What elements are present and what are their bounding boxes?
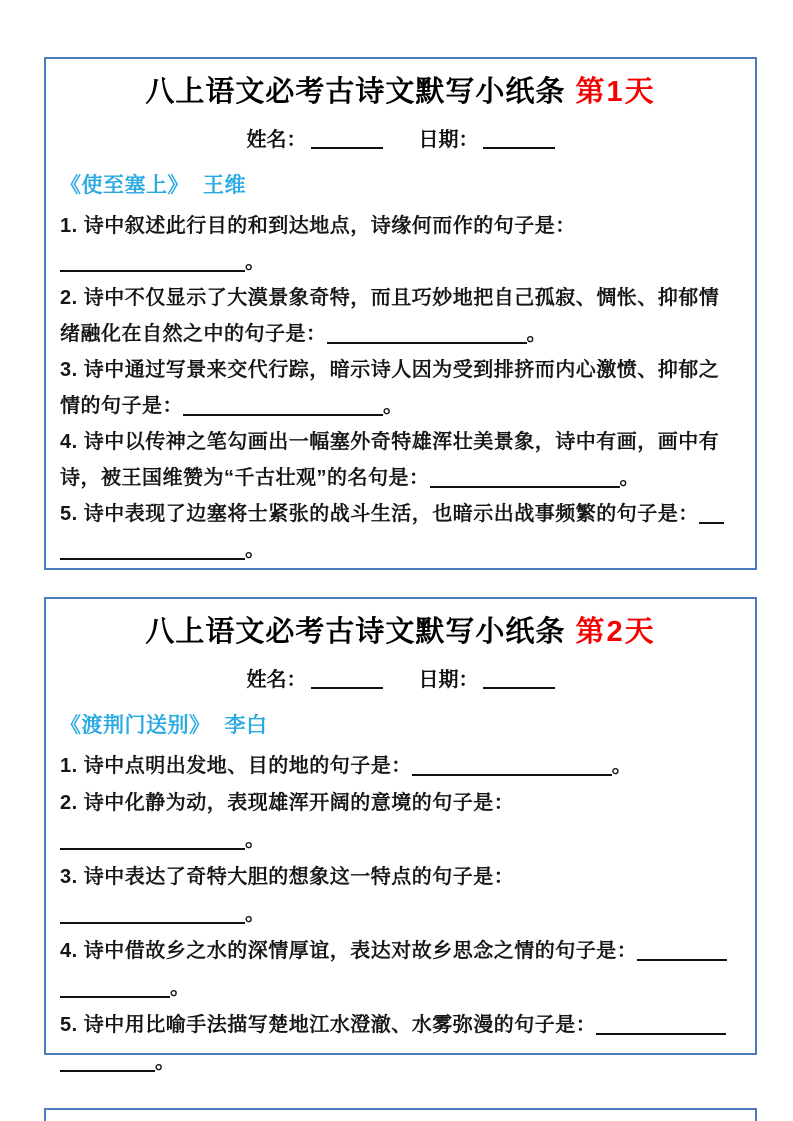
question-text: 。 [245, 251, 266, 273]
poem-title: 《渡荆门送别》 [60, 714, 211, 737]
question: 2. 诗中化静为动，表现雄浑开阔的意境的句子是：。 [60, 785, 741, 859]
question-text: 4. 诗中以传神之笔勾画出一幅塞外奇特雄浑壮美景象，诗中有画，画中有 [60, 431, 719, 453]
date-label: 日期： [419, 669, 479, 691]
name-date-row: 姓名：日期： [60, 663, 741, 692]
questions-list: 1. 诗中叙述此行目的和到达地点，诗缘何而作的句子是：。2. 诗中不仅显示了大漠… [60, 208, 741, 568]
question-text: 1. 诗中叙述此行目的和到达地点，诗缘何而作的句子是： [60, 215, 576, 237]
card-title-day: 第1天 [575, 76, 655, 108]
question-line: 1. 诗中叙述此行目的和到达地点，诗缘何而作的句子是： [60, 208, 741, 244]
question-text: 4. 诗中借故乡之水的深情厚谊，表达对故乡思念之情的句子是： [60, 940, 637, 962]
question-line: 。 [60, 532, 741, 568]
question: 1. 诗中点明出发地、目的地的句子是：。 [60, 748, 741, 785]
question-line: 5. 诗中用比喻手法描写楚地江水澄澈、水雾弥漫的句子是： [60, 1007, 741, 1044]
answer-blank [60, 904, 245, 924]
question-text: 5. 诗中表现了边塞将士紧张的战斗生活，也暗示出战事频繁的句子是： [60, 503, 699, 525]
question-line: 。 [60, 970, 741, 1007]
question-line: 。 [60, 244, 741, 280]
question-line: 3. 诗中表达了奇特大胆的想象这一特点的句子是： [60, 859, 741, 896]
question-text: 。 [155, 1051, 176, 1073]
question-line: 绪融化在自然之中的句子是：。 [60, 316, 741, 352]
poem-title-line: 《使至塞上》王维 [60, 169, 741, 199]
poem-author: 李白 [225, 714, 268, 737]
question: 3. 诗中表达了奇特大胆的想象这一特点的句子是：。 [60, 859, 741, 933]
question-text: 2. 诗中不仅显示了大漠景象奇特，而且巧妙地把自己孤寂、惆怅、抑郁情 [60, 287, 719, 309]
answer-blank [430, 468, 620, 488]
name-blank [311, 129, 383, 149]
cards-container: 八上语文必考古诗文默写小纸条第1天姓名：日期：《使至塞上》王维1. 诗中叙述此行… [44, 57, 757, 1055]
answer-blank [699, 504, 724, 524]
question-text: 。 [245, 829, 266, 851]
question: 2. 诗中不仅显示了大漠景象奇特，而且巧妙地把自己孤寂、惆怅、抑郁情绪融化在自然… [60, 280, 741, 352]
next-card-partial-border [44, 1108, 757, 1121]
question-text: 。 [620, 467, 641, 489]
question-line: 4. 诗中以传神之笔勾画出一幅塞外奇特雄浑壮美景象，诗中有画，画中有 [60, 424, 741, 460]
question-text: 3. 诗中表达了奇特大胆的想象这一特点的句子是： [60, 866, 514, 888]
question-line: 2. 诗中不仅显示了大漠景象奇特，而且巧妙地把自己孤寂、惆怅、抑郁情 [60, 280, 741, 316]
answer-blank [60, 1052, 155, 1072]
answer-blank [412, 756, 612, 776]
answer-blank [637, 941, 727, 961]
date-blank [483, 129, 555, 149]
answer-blank [60, 252, 245, 272]
question: 5. 诗中用比喻手法描写楚地江水澄澈、水雾弥漫的句子是：。 [60, 1007, 741, 1081]
name-blank [311, 669, 383, 689]
answer-blank [183, 396, 383, 416]
question-line: 1. 诗中点明出发地、目的地的句子是：。 [60, 748, 741, 785]
name-label: 姓名： [247, 129, 307, 151]
question: 3. 诗中通过写景来交代行踪，暗示诗人因为受到排挤而内心激愤、抑郁之情的句子是：… [60, 352, 741, 424]
answer-blank [327, 324, 527, 344]
question-text: 2. 诗中化静为动，表现雄浑开阔的意境的句子是： [60, 792, 514, 814]
name-label: 姓名： [247, 669, 307, 691]
question-text: 。 [612, 755, 633, 777]
card-title: 八上语文必考古诗文默写小纸条第2天 [60, 609, 741, 650]
card-title: 八上语文必考古诗文默写小纸条第1天 [60, 69, 741, 110]
answer-blank [60, 978, 170, 998]
question-line: 。 [60, 896, 741, 933]
answer-blank [60, 540, 245, 560]
answer-blank [596, 1015, 726, 1035]
answer-blank [60, 830, 245, 850]
question-line: 5. 诗中表现了边塞将士紧张的战斗生活，也暗示出战事频繁的句子是： [60, 496, 741, 532]
day-card: 八上语文必考古诗文默写小纸条第1天姓名：日期：《使至塞上》王维1. 诗中叙述此行… [44, 57, 757, 570]
question: 1. 诗中叙述此行目的和到达地点，诗缘何而作的句子是：。 [60, 208, 741, 280]
question-text: 3. 诗中通过写景来交代行踪，暗示诗人因为受到排挤而内心激愤、抑郁之 [60, 359, 719, 381]
question-line: 诗，被王国维赞为“千古壮观”的名句是：。 [60, 460, 741, 496]
date-label: 日期： [419, 129, 479, 151]
question-text: 。 [245, 539, 266, 561]
question-line: 3. 诗中通过写景来交代行踪，暗示诗人因为受到排挤而内心激愤、抑郁之 [60, 352, 741, 388]
question-text: 。 [527, 323, 548, 345]
worksheet-page: 八上语文必考古诗文默写小纸条第1天姓名：日期：《使至塞上》王维1. 诗中叙述此行… [0, 0, 793, 1121]
question-line: 。 [60, 822, 741, 859]
question-text: 绪融化在自然之中的句子是： [60, 323, 327, 345]
question-text: 。 [245, 903, 266, 925]
question-line: 2. 诗中化静为动，表现雄浑开阔的意境的句子是： [60, 785, 741, 822]
day-card: 八上语文必考古诗文默写小纸条第2天姓名：日期：《渡荆门送别》李白1. 诗中点明出… [44, 597, 757, 1055]
question-line: 4. 诗中借故乡之水的深情厚谊，表达对故乡思念之情的句子是： [60, 933, 741, 970]
question-text: 诗，被王国维赞为“千古壮观”的名句是： [60, 467, 430, 489]
date-blank [483, 669, 555, 689]
questions-list: 1. 诗中点明出发地、目的地的句子是：。2. 诗中化静为动，表现雄浑开阔的意境的… [60, 748, 741, 1081]
question: 4. 诗中借故乡之水的深情厚谊，表达对故乡思念之情的句子是：。 [60, 933, 741, 1007]
question-line: 情的句子是：。 [60, 388, 741, 424]
question: 5. 诗中表现了边塞将士紧张的战斗生活，也暗示出战事频繁的句子是：。 [60, 496, 741, 568]
poem-title-line: 《渡荆门送别》李白 [60, 709, 741, 739]
question: 4. 诗中以传神之笔勾画出一幅塞外奇特雄浑壮美景象，诗中有画，画中有诗，被王国维… [60, 424, 741, 496]
question-text: 1. 诗中点明出发地、目的地的句子是： [60, 755, 412, 777]
question-line: 。 [60, 1044, 741, 1081]
poem-author: 王维 [203, 174, 246, 197]
question-text: 。 [383, 395, 404, 417]
poem-title: 《使至塞上》 [60, 174, 189, 197]
question-text: 。 [170, 977, 191, 999]
question-text: 情的句子是： [60, 395, 183, 417]
question-text: 5. 诗中用比喻手法描写楚地江水澄澈、水雾弥漫的句子是： [60, 1014, 596, 1036]
card-title-day: 第2天 [575, 616, 655, 648]
card-title-text: 八上语文必考古诗文默写小纸条 [145, 76, 565, 108]
name-date-row: 姓名：日期： [60, 123, 741, 152]
card-title-text: 八上语文必考古诗文默写小纸条 [145, 616, 565, 648]
